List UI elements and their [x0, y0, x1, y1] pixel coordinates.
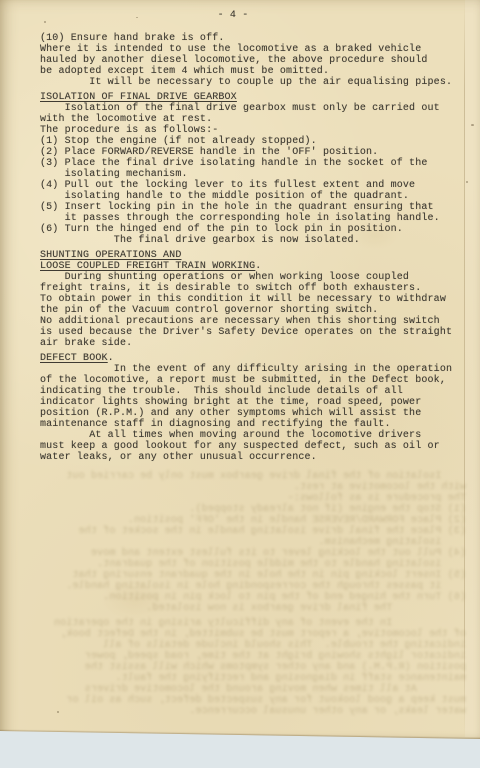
paper-edge-highlight	[465, 0, 480, 737]
text-line: maintenance staff in diagnosing and rect…	[40, 419, 452, 430]
text-line: (5) Insert locking pin in the hole in th…	[40, 202, 452, 213]
text-line: No additional precautions are necessary …	[40, 316, 452, 327]
paper-speck	[471, 124, 474, 126]
section: SHUNTING OPERATIONS ANDLOOSE COUPLED FRE…	[40, 250, 452, 349]
text-line: In the event of any difficulty arising i…	[40, 364, 452, 375]
text-line: be adopted except item 4 which must be o…	[40, 66, 452, 77]
text-line: indicator lights showing bright at the t…	[40, 397, 452, 408]
section: DEFECT BOOK. In the event of any difficu…	[40, 353, 452, 463]
section-heading: DEFECT BOOK.	[40, 353, 452, 364]
paper-speck	[136, 17, 138, 18]
section-heading-text: DEFECT BOOK	[40, 353, 108, 364]
text-line: air brake side.	[40, 338, 452, 349]
text-line: Where it is intended to use the locomoti…	[40, 44, 452, 55]
text-line: is used because the Driver's Safety Devi…	[40, 327, 452, 338]
paper-stain	[100, 580, 170, 620]
bleed-line: The final drive gearbox is now isolated.	[10, 603, 466, 614]
paper-sheet: - 4 - (10) Ensure hand brake is off.Wher…	[0, 0, 480, 741]
bleed-line: isolating handle to the middle position …	[10, 559, 466, 570]
bleed-line: water leaks, or any other unusual occurr…	[10, 706, 466, 717]
bleed-line: indicator lights showing bright at the t…	[10, 651, 466, 662]
text-line: (10) Ensure hand brake is off.	[40, 33, 452, 44]
bleed-line: The procedure is as follows:-	[10, 493, 466, 504]
text-line: (1) Stop the engine (if not already stop…	[40, 136, 452, 147]
paper-speck	[466, 181, 468, 183]
text-line: Isolation of the final drive gearbox mus…	[40, 103, 452, 114]
bleed-line: In the event of any difficulty arising i…	[10, 618, 466, 629]
text-line: must keep a good lookout for any suspect…	[40, 441, 452, 452]
text-line: To obtain power in this condition it wil…	[40, 294, 452, 305]
text-line: The final drive gearbox is now isolated.	[40, 235, 452, 246]
bleed-line: position (R.P.M.) and any other symptoms…	[10, 662, 466, 673]
paper-speck	[44, 21, 46, 23]
text-line: It will be necessary to couple up the ai…	[40, 77, 452, 88]
bleed-through-texture: Isolation of the final drive gearbox mus…	[10, 471, 466, 717]
text-line: with the locomotive at rest.	[40, 114, 452, 125]
text-line: isolating mechanism.	[40, 169, 452, 180]
text-line: hauled by another diesel locomotive, the…	[40, 55, 452, 66]
bleed-line: with the locomotive at rest.	[10, 482, 466, 493]
text-line: freight trains, it is desirable to switc…	[40, 283, 452, 294]
text-line: it passes through the corresponding hole…	[40, 213, 452, 224]
text-line: (4) Pull out the locking lever to its fu…	[40, 180, 452, 191]
text-line: (2) Place FORWARD/REVERSE handle in the …	[40, 147, 452, 158]
section-heading-text: SHUNTING OPERATIONS AND	[40, 250, 181, 261]
bleed-line: (6) Turn the hinged end of the pin to lo…	[10, 592, 466, 603]
text-line: of the locomotive, a report must be subm…	[40, 375, 452, 386]
bleed-section: Isolation of the final drive gearbox mus…	[10, 471, 466, 614]
bleed-line: (2) Place FORWARD/REVERSE handle in the …	[10, 515, 466, 526]
bleed-line: it passes through the corresponding hole…	[10, 581, 466, 592]
bleed-line: At all times when moving around the loco…	[10, 684, 466, 695]
scanned-document-page: - 4 - (10) Ensure hand brake is off.Wher…	[0, 0, 480, 768]
text-line: (6) Turn the hinged end of the pin to lo…	[40, 224, 452, 235]
text-line: water leaks, or any other unusual occurr…	[40, 452, 452, 463]
section-heading-tail: .	[255, 261, 261, 272]
paper-bottom-edge	[0, 730, 480, 740]
section: ISOLATION OF FINAL DRIVE GEARBOX Isolati…	[40, 92, 452, 246]
section-heading: LOOSE COUPLED FREIGHT TRAIN WORKING.	[40, 261, 452, 272]
bleed-line: (3) Place the final drive isolating hand…	[10, 526, 466, 537]
paper-speck	[57, 711, 59, 713]
text-line: During shunting operations or when worki…	[40, 272, 452, 283]
section: (10) Ensure hand brake is off.Where it i…	[40, 33, 452, 88]
section-heading-text: ISOLATION OF FINAL DRIVE GEARBOX	[40, 92, 237, 103]
bleed-line: (5) Insert locking pin in the hole in th…	[10, 570, 466, 581]
text-line: indicating the trouble. This should incl…	[40, 386, 452, 397]
section-heading: SHUNTING OPERATIONS AND	[40, 250, 452, 261]
page-number: - 4 -	[0, 10, 466, 21]
text-line: (3) Place the final drive isolating hand…	[40, 158, 452, 169]
section-heading: ISOLATION OF FINAL DRIVE GEARBOX	[40, 92, 452, 103]
bleed-section: In the event of any difficulty arising i…	[10, 618, 466, 717]
bleed-line: isolating mechanism.	[10, 537, 466, 548]
bleed-line: indicating the trouble. This should incl…	[10, 640, 466, 651]
bleed-line: must keep a good lookout for any suspect…	[10, 695, 466, 706]
bleed-line: (1) Stop the engine (if not already stop…	[10, 504, 466, 515]
section-heading-text: LOOSE COUPLED FREIGHT TRAIN WORKING	[40, 261, 255, 272]
text-line: The procedure is as follows:-	[40, 125, 452, 136]
bleed-line: maintenance staff in diagnosing and rect…	[10, 673, 466, 684]
text-body: (10) Ensure hand brake is off.Where it i…	[40, 33, 452, 463]
text-line: position (R.P.M.) and any other symptoms…	[40, 408, 452, 419]
text-line: the pin of the Vacuum control governor s…	[40, 305, 452, 316]
bleed-line: Isolation of the final drive gearbox mus…	[10, 471, 466, 482]
bleed-line: of the locomotive, a report must be subm…	[10, 629, 466, 640]
section-heading-tail: .	[108, 353, 114, 364]
text-line: At all times when moving around the loco…	[40, 430, 452, 441]
bleed-line: (4) Pull out the locking lever to its fu…	[10, 548, 466, 559]
text-line: isolating handle to the middle position …	[40, 191, 452, 202]
